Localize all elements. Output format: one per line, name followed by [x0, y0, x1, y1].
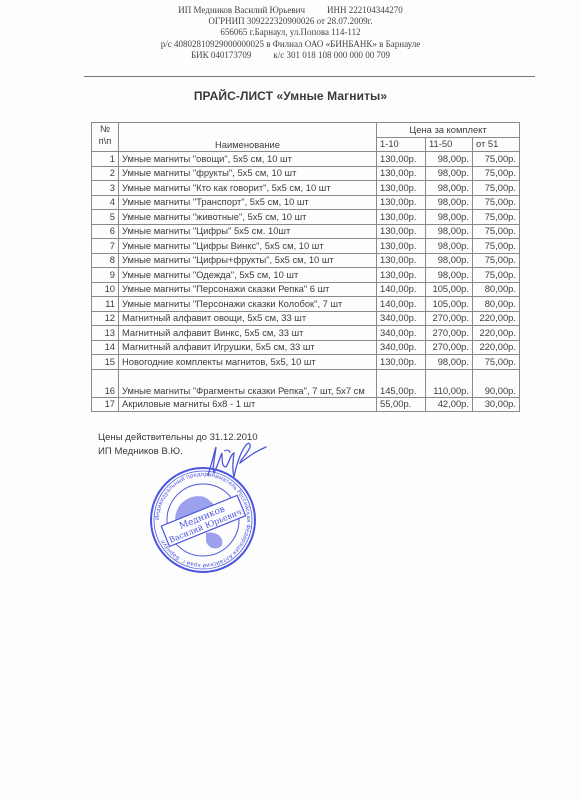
- price-table: № п\п Наименование Цена за комплект 1-10…: [91, 122, 520, 412]
- price-from-51: 75,00р.: [473, 195, 520, 210]
- price-from-51: 75,00р.: [473, 210, 520, 225]
- entrepreneur-name: ИП Медников Василий Юрьевич: [178, 5, 305, 15]
- table-row: 8Умные магниты "Цифры+фрукты", 5х5 см, 1…: [92, 253, 520, 268]
- price-1-10: 55,00р.: [377, 397, 426, 412]
- product-name: Акриловые магниты 6х8 - 1 шт: [119, 397, 377, 412]
- price-1-10: 130,00р.: [377, 195, 426, 210]
- table-row: 4Умные магниты "Транспорт", 5х5 см, 10 ш…: [92, 195, 520, 210]
- header-name: Наименование: [119, 123, 377, 152]
- table-row: 5Умные магниты "животные", 5х5 см, 10 шт…: [92, 210, 520, 225]
- row-number: 3: [92, 181, 119, 196]
- price-from-51: 75,00р.: [473, 224, 520, 239]
- requisites-line-3: 656065 г.Барнаул, ул.Попова 114-112: [0, 27, 581, 38]
- table-row: 2Умные магниты "фрукты", 5х5 см, 10 шт13…: [92, 166, 520, 181]
- price-from-51: 80,00р.: [473, 297, 520, 312]
- product-name: Умные магниты "животные", 5х5 см, 10 шт: [119, 210, 377, 225]
- price-from-51: 220,00р.: [473, 340, 520, 355]
- header-range-1: 1-10: [377, 137, 426, 152]
- price-11-50: 270,00р.: [426, 311, 473, 326]
- price-from-51: 75,00р.: [473, 268, 520, 283]
- price-11-50: 98,00р.: [426, 224, 473, 239]
- price-from-51: 90,00р.: [473, 369, 520, 397]
- price-1-10: 130,00р.: [377, 268, 426, 283]
- table-row: 16Умные магниты "Фрагменты сказки Репка"…: [92, 369, 520, 397]
- product-name: Умные магниты "Персонажи сказки Репка" 6…: [119, 282, 377, 297]
- row-number: 12: [92, 311, 119, 326]
- price-from-51: 75,00р.: [473, 152, 520, 167]
- requisites-line-1: ИП Медников Василий ЮрьевичИНН 222104344…: [0, 5, 581, 16]
- header-range-2: 11-50: [426, 137, 473, 152]
- row-number: 17: [92, 397, 119, 412]
- price-11-50: 98,00р.: [426, 268, 473, 283]
- requisites-line-5: БИК 040173709к/с 301 018 108 000 000 00 …: [0, 50, 581, 61]
- page-title: ПРАЙС-ЛИСТ «Умные Магниты»: [0, 89, 581, 103]
- product-name: Умные магниты "Транспорт", 5х5 см, 10 шт: [119, 195, 377, 210]
- table-row: 14Магнитный алфавит Игрушки, 5х5 см, 33 …: [92, 340, 520, 355]
- price-11-50: 98,00р.: [426, 210, 473, 225]
- table-row: 13Магнитный алфавит Винкс, 5х5 см, 33 шт…: [92, 326, 520, 341]
- row-number: 7: [92, 239, 119, 254]
- price-1-10: 130,00р.: [377, 166, 426, 181]
- price-11-50: 98,00р.: [426, 166, 473, 181]
- price-11-50: 98,00р.: [426, 253, 473, 268]
- header-num-line2: п\п: [99, 135, 112, 146]
- company-requisites: ИП Медников Василий ЮрьевичИНН 222104344…: [0, 5, 581, 61]
- requisites-line-2: ОГРНИП 309222320900026 от 28.07.2009г.: [0, 16, 581, 27]
- row-number: 14: [92, 340, 119, 355]
- price-11-50: 105,00р.: [426, 297, 473, 312]
- price-from-51: 80,00р.: [473, 282, 520, 297]
- address: 656065 г.Барнаул, ул.Попова 114-112: [220, 27, 360, 37]
- row-number: 13: [92, 326, 119, 341]
- product-name: Умные магниты "фрукты", 5х5 см, 10 шт: [119, 166, 377, 181]
- ogrnip: ОГРНИП 309222320900026 от 28.07.2009г.: [208, 16, 372, 26]
- requisites-line-4: р/с 40802810929000000025 в Филиал ОАО «Б…: [0, 39, 581, 50]
- price-11-50: 98,00р.: [426, 195, 473, 210]
- price-1-10: 145,00р.: [377, 369, 426, 397]
- row-number: 1: [92, 152, 119, 167]
- table-row: 10Умные магниты "Персонажи сказки Репка"…: [92, 282, 520, 297]
- inn: ИНН 222104344270: [327, 5, 403, 15]
- product-name: Умные магниты "Фрагменты сказки Репка", …: [119, 369, 377, 397]
- header-range-3: от 51: [473, 137, 520, 152]
- row-number: 8: [92, 253, 119, 268]
- table-body: 1Умные магниты "овощи", 5х5 см, 10 шт130…: [92, 152, 520, 412]
- price-from-51: 75,00р.: [473, 355, 520, 370]
- correspondent-account: к/с 301 018 108 000 000 00 709: [273, 50, 390, 60]
- table-row: 1Умные магниты "овощи", 5х5 см, 10 шт130…: [92, 152, 520, 167]
- row-number: 5: [92, 210, 119, 225]
- price-11-50: 105,00р.: [426, 282, 473, 297]
- table-row: 3Умные магниты "Кто как говорит", 5х5 см…: [92, 181, 520, 196]
- price-1-10: 130,00р.: [377, 181, 426, 196]
- product-name: Магнитный алфавит овощи, 5х5 см, 33 шт: [119, 311, 377, 326]
- product-name: Умные магниты "Цифры" 5х5 см. 10шт: [119, 224, 377, 239]
- header-num: № п\п: [92, 123, 119, 152]
- row-number: 4: [92, 195, 119, 210]
- row-number: 16: [92, 369, 119, 397]
- price-1-10: 130,00р.: [377, 355, 426, 370]
- table-row: 6Умные магниты "Цифры" 5х5 см. 10шт130,0…: [92, 224, 520, 239]
- product-name: Магнитный алфавит Игрушки, 5х5 см, 33 шт: [119, 340, 377, 355]
- price-11-50: 270,00р.: [426, 326, 473, 341]
- price-1-10: 130,00р.: [377, 253, 426, 268]
- price-1-10: 140,00р.: [377, 297, 426, 312]
- bik: БИК 040173709: [191, 50, 251, 60]
- row-number: 9: [92, 268, 119, 283]
- product-name: Умные магниты "Персонажи сказки Колобок"…: [119, 297, 377, 312]
- price-1-10: 130,00р.: [377, 210, 426, 225]
- price-from-51: 75,00р.: [473, 181, 520, 196]
- row-number: 10: [92, 282, 119, 297]
- price-11-50: 98,00р.: [426, 152, 473, 167]
- row-number: 15: [92, 355, 119, 370]
- price-1-10: 340,00р.: [377, 340, 426, 355]
- price-1-10: 130,00р.: [377, 239, 426, 254]
- price-11-50: 98,00р.: [426, 181, 473, 196]
- row-number: 2: [92, 166, 119, 181]
- price-1-10: 340,00р.: [377, 311, 426, 326]
- table-row: 15Новогодние комплекты магнитов, 5х5, 10…: [92, 355, 520, 370]
- header-price-group: Цена за комплект: [377, 123, 520, 138]
- price-1-10: 130,00р.: [377, 152, 426, 167]
- price-from-51: 220,00р.: [473, 326, 520, 341]
- table-row: 9Умные магниты "Одежда", 5х5 см, 10 шт13…: [92, 268, 520, 283]
- table-row: 7Умные магниты "Цифры Винкс", 5х5 см, 10…: [92, 239, 520, 254]
- product-name: Умные магниты "Цифры+фрукты", 5х5 см, 10…: [119, 253, 377, 268]
- price-from-51: 75,00р.: [473, 239, 520, 254]
- product-name: Умные магниты "Цифры Винкс", 5х5 см, 10 …: [119, 239, 377, 254]
- header-divider: [84, 76, 535, 77]
- price-from-51: 30,00р.: [473, 397, 520, 412]
- price-1-10: 340,00р.: [377, 326, 426, 341]
- product-name: Умные магниты "Кто как говорит", 5х5 см,…: [119, 181, 377, 196]
- price-11-50: 270,00р.: [426, 340, 473, 355]
- price-11-50: 98,00р.: [426, 355, 473, 370]
- bank-account: р/с 40802810929000000025 в Филиал ОАО «Б…: [161, 39, 420, 49]
- price-11-50: 98,00р.: [426, 239, 473, 254]
- product-name: Умные магниты "овощи", 5х5 см, 10 шт: [119, 152, 377, 167]
- table-row: 17Акриловые магниты 6х8 - 1 шт55,00р.42,…: [92, 397, 520, 412]
- table-row: 11Умные магниты "Персонажи сказки Колобо…: [92, 297, 520, 312]
- row-number: 11: [92, 297, 119, 312]
- price-from-51: 75,00р.: [473, 253, 520, 268]
- price-from-51: 220,00р.: [473, 311, 520, 326]
- price-from-51: 75,00р.: [473, 166, 520, 181]
- price-1-10: 140,00р.: [377, 282, 426, 297]
- table-row: 12Магнитный алфавит овощи, 5х5 см, 33 шт…: [92, 311, 520, 326]
- price-1-10: 130,00р.: [377, 224, 426, 239]
- header-num-line1: №: [100, 123, 110, 134]
- price-11-50: 110,00р.: [426, 369, 473, 397]
- product-name: Магнитный алфавит Винкс, 5х5 см, 33 шт: [119, 326, 377, 341]
- table-header-row: № п\п Наименование Цена за комплект: [92, 123, 520, 138]
- row-number: 6: [92, 224, 119, 239]
- product-name: Новогодние комплекты магнитов, 5х5, 10 ш…: [119, 355, 377, 370]
- company-stamp: Индивидуальный предприниматель Российска…: [148, 465, 258, 580]
- price-11-50: 42,00р.: [426, 397, 473, 412]
- product-name: Умные магниты "Одежда", 5х5 см, 10 шт: [119, 268, 377, 283]
